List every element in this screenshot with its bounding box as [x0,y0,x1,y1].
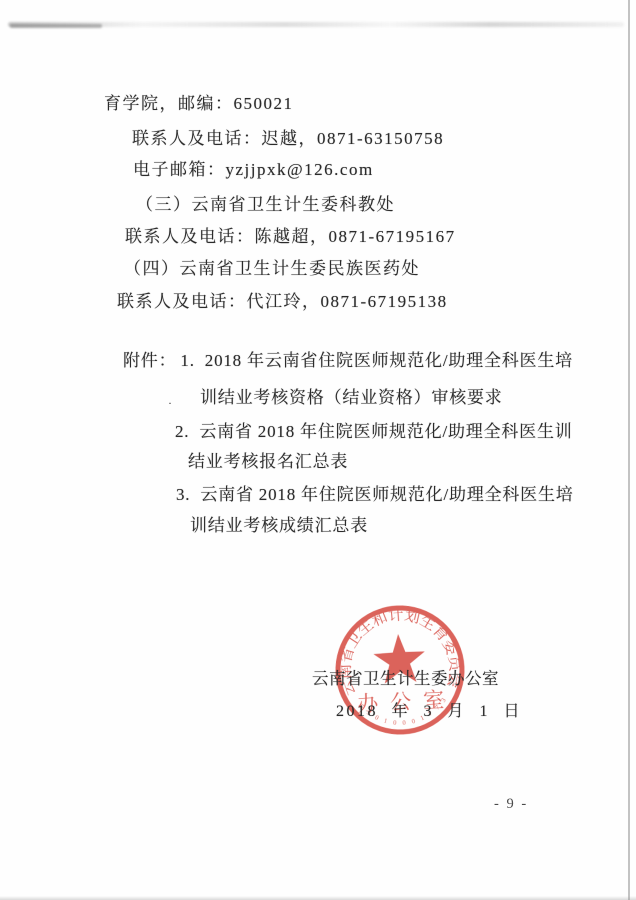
attachment-item-1-number: 1. [180,352,194,369]
attachments-label: 附件： [123,352,176,369]
attachment-item-1-title-part1: 2018 年云南省住院医师规范化/助理全科医生培 [205,351,573,370]
attachment-item-3-title-part2: 训结业考核成绩汇总表 [190,517,368,534]
signature-issuer: 云南省卫生计生委办公室 [312,671,499,688]
page-number: - 9 - [494,797,528,812]
scanned-document-page: 育学院，邮编：650021 联系人及电话：迟越，0871-63150758 电子… [0,0,636,900]
line-postal-code: 育学院，邮编：650021 [104,95,294,112]
line-email: 电子邮箱：yzjjpxk@126.com [133,161,374,178]
attachment-item-2-number: 2. [175,423,189,440]
line-contact-phone-4: 联系人及电话：代江玲，0871-67195138 [117,293,448,310]
attachment-item-2-first-line: 2.云南省 2018 年住院医师规范化/助理全科医生训 [175,423,573,440]
attachment-item-2-title-part2: 结业考核报名汇总表 [188,453,348,470]
attachment-item-3-first-line: 3.云南省 2018 年住院医师规范化/助理全科医生培 [176,486,574,503]
signature-date: 2018 年 3 月 1 日 [336,704,522,720]
scan-artifact-right-edge [628,0,630,900]
line-contact-phone-2: 联系人及电话：迟越，0871-63150758 [132,130,444,147]
line-section-4-heading: （四）云南省卫生计生委民族医药处 [124,260,420,277]
line-contact-phone-3: 联系人及电话：陈越超，0871-67195167 [125,228,456,245]
scan-artifact-dot: · [168,396,172,411]
attachment-item-2-title-part1: 云南省 2018 年住院医师规范化/助理全科医生训 [199,422,572,441]
attachment-item-1-first-line: 附件：1.2018 年云南省住院医师规范化/助理全科医生培 [123,352,573,369]
attachment-item-1-title-part2: 训结业考核资格（结业资格）审核要求 [200,389,503,406]
scan-artifact-bottom-edge [0,896,636,900]
attachment-item-3-number: 3. [176,486,190,503]
line-section-3-heading: （三）云南省卫生计生委科教处 [136,196,395,213]
attachment-item-3-title-part1: 云南省 2018 年住院医师规范化/助理全科医生培 [200,485,573,504]
scan-artifact-top-left-smudge [10,24,102,28]
